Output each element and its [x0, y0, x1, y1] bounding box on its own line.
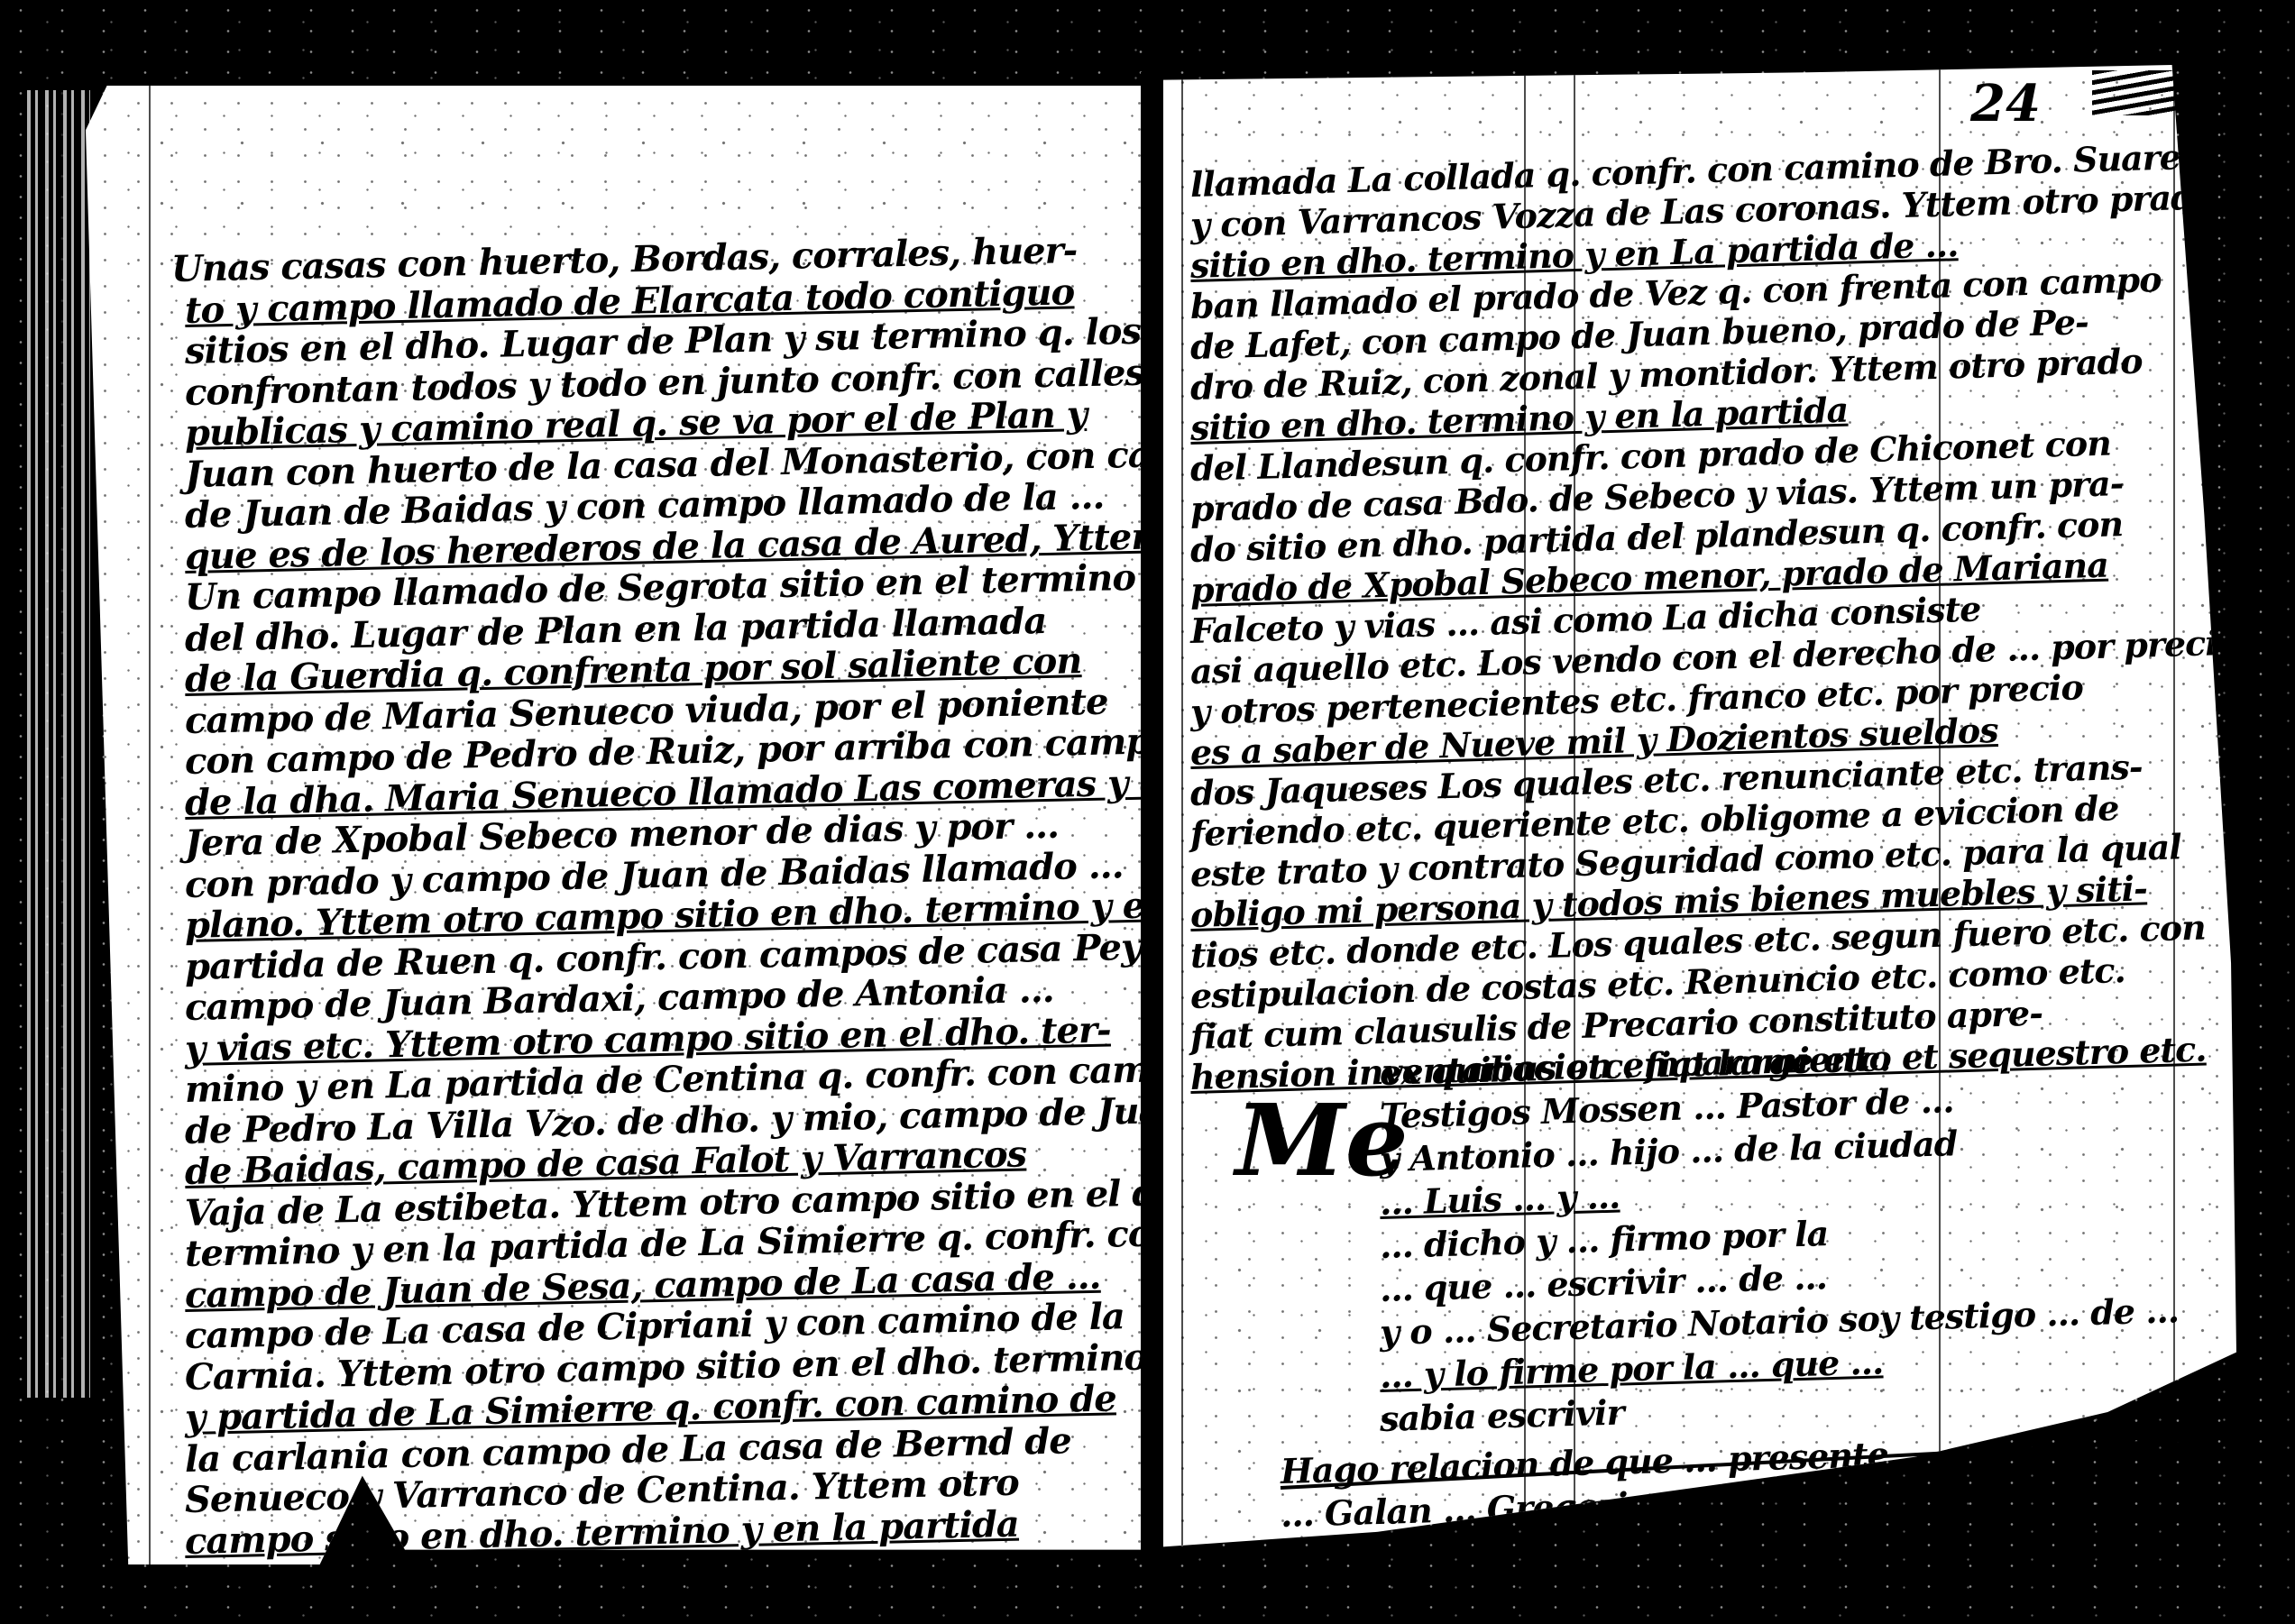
right-page: llamada La collada q. confr. con camino …	[1163, 65, 2236, 1562]
manuscript-line: ... Luis ... y ...	[1379, 1176, 1620, 1223]
margin-rule	[2173, 65, 2175, 1562]
margin-rule	[1181, 65, 1183, 1562]
crossed-out-annotation	[2092, 70, 2191, 115]
marginal-mark: Me	[1235, 1082, 1409, 1198]
page-number: 24	[1970, 74, 2041, 133]
margin-rule	[149, 86, 151, 1564]
manuscript-line: sabia escrivir	[1379, 1391, 1624, 1439]
page-edge-curl	[27, 90, 90, 1398]
left-page: Unas casas con huerto, Bordas, corrales,…	[86, 86, 1150, 1564]
